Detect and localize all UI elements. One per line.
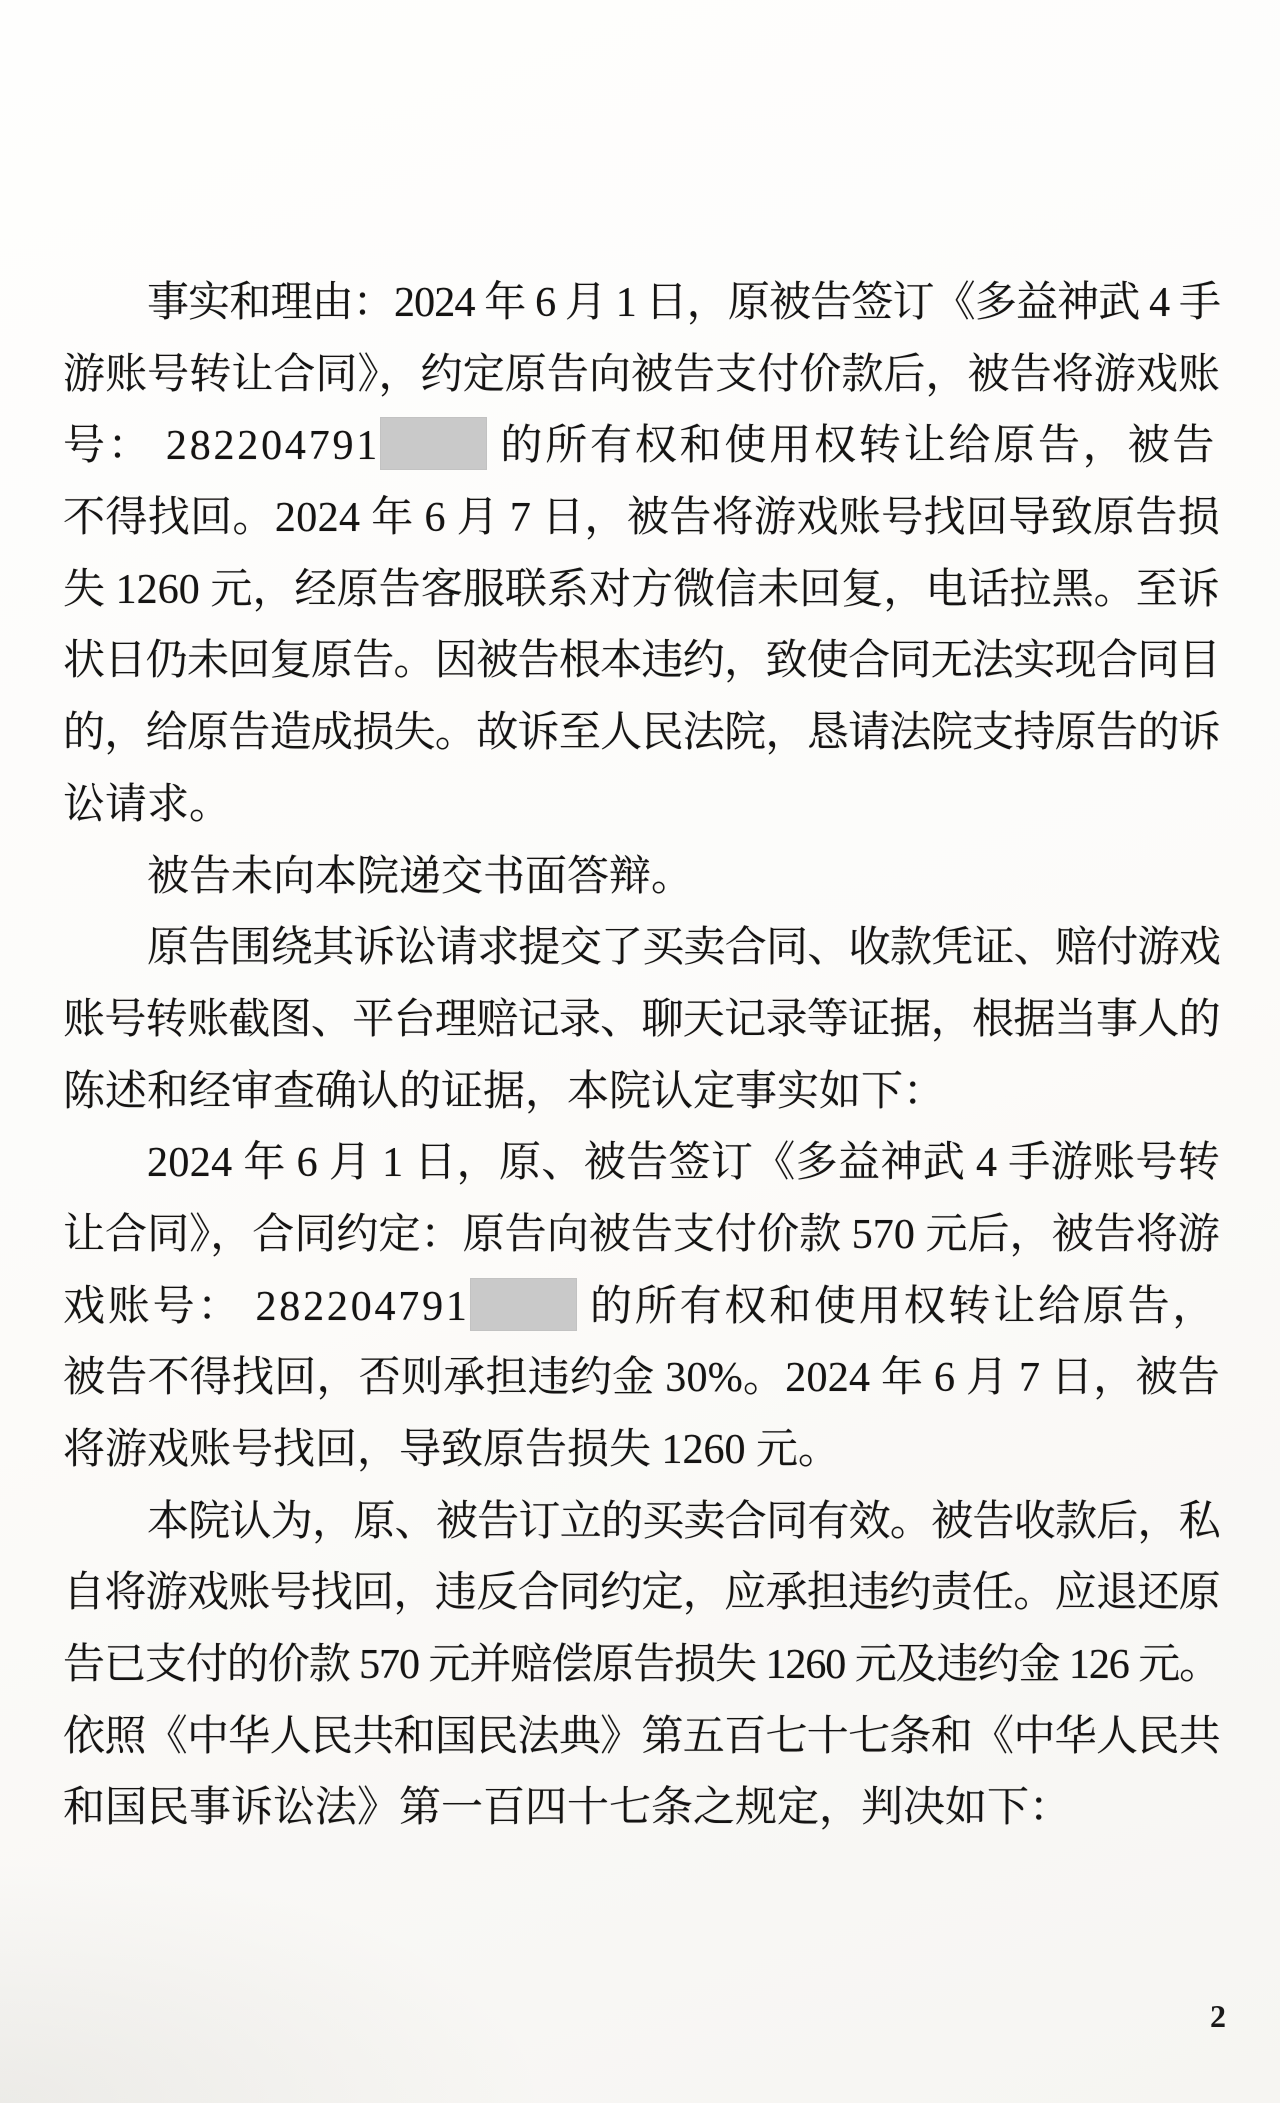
text-line: 事实和理由：2024 年 6 月 1 日，原被告签订《多益神武 4 手 [63,268,1220,340]
text-line-content: 讼请求。 [63,770,231,842]
text-line: 账号转账截图、平台理赔记录、聊天记录等证据，根据当事人的 [63,985,1220,1057]
text-line-content: 游账号转让合同》，约定原告向被告支付价款后，被告将游戏账 [63,340,1220,412]
text-segment: 和国民事诉讼法》第一百四十七条之规定，判决如下： [63,1785,1071,1831]
text-line-content: 让合同》，合同约定：原告向被告支付价款 570 元后，被告将游 [63,1200,1220,1272]
redaction-box [470,1278,577,1331]
text-segment: 本院认为，原、被告订立的买卖合同有效。被告收款后，私 [147,1499,1220,1545]
text-line: 戏账号： 282204791 的所有权和使用权转让给原告， [63,1272,1220,1344]
text-line-content: 被告未向本院递交书面答辩。 [147,842,693,914]
text-segment: 让合同》，合同约定：原告向被告支付价款 570 元后，被告将游 [63,1212,1220,1258]
text-line-content: 不得找回。2024 年 6 月 7 日，被告将游戏账号找回导致原告损 [63,483,1220,555]
text-segment: 告已支付的价款 570 元并赔偿原告损失 1260 元及违约金 126 元。 [63,1642,1220,1688]
text-line-content: 依照《中华人民共和国民法典》第五百七十七条和《中华人民共 [63,1702,1220,1774]
text-line-content: 事实和理由：2024 年 6 月 1 日，原被告签订《多益神武 4 手 [147,268,1220,340]
text-line: 将游戏账号找回，导致原告损失 1260 元。 [63,1415,1220,1487]
text-segment: 号： 282204791 [63,423,380,469]
text-segment: 账号转账截图、平台理赔记录、聊天记录等证据，根据当事人的 [63,997,1220,1043]
text-line: 本院认为，原、被告订立的买卖合同有效。被告收款后，私 [63,1487,1220,1559]
text-line: 被告未向本院递交书面答辩。 [63,842,1220,914]
text-line-content: 原告围绕其诉讼请求提交了买卖合同、收款凭证、赔付游戏 [147,913,1220,985]
text-line-content: 失 1260 元，经原告客服联系对方微信未回复，电话拉黑。至诉 [63,555,1220,627]
text-line-content: 的，给原告造成损失。故诉至人民法院，恳请法院支持原告的诉 [63,698,1220,770]
document-page: 事实和理由：2024 年 6 月 1 日，原被告签订《多益神武 4 手游账号转让… [0,0,1280,2103]
text-segment: 讼请求。 [63,782,231,828]
text-line: 的，给原告造成损失。故诉至人民法院，恳请法院支持原告的诉 [63,698,1220,770]
text-line-content: 自将游戏账号找回，违反合同约定，应承担违约责任。应退还原 [63,1558,1220,1630]
text-segment: 将游戏账号找回，导致原告损失 1260 元。 [63,1427,840,1473]
text-line: 状日仍未回复原告。因被告根本违约，致使合同无法实现合同目 [63,626,1220,698]
text-line: 和国民事诉讼法》第一百四十七条之规定，判决如下： [63,1773,1220,1845]
text-line: 游账号转让合同》，约定原告向被告支付价款后，被告将游戏账 [63,340,1220,412]
text-segment: 的所有权和使用权转让给原告， [577,1284,1218,1330]
text-line: 原告围绕其诉讼请求提交了买卖合同、收款凭证、赔付游戏 [63,913,1220,985]
text-line: 2024 年 6 月 1 日，原、被告签订《多益神武 4 手游账号转 [63,1128,1220,1200]
text-segment: 戏账号： 282204791 [63,1284,470,1330]
text-line: 失 1260 元，经原告客服联系对方微信未回复，电话拉黑。至诉 [63,555,1220,627]
page-number: 2 [1210,1998,1226,2035]
text-segment: 依照《中华人民共和国民法典》第五百七十七条和《中华人民共 [63,1714,1220,1760]
text-line: 让合同》，合同约定：原告向被告支付价款 570 元后，被告将游 [63,1200,1220,1272]
text-line: 号： 282204791 的所有权和使用权转让给原告，被告 [63,411,1220,483]
text-line: 讼请求。 [63,770,1220,842]
text-segment: 状日仍未回复原告。因被告根本违约，致使合同无法实现合同目 [63,638,1220,684]
text-line-content: 将游戏账号找回，导致原告损失 1260 元。 [63,1415,840,1487]
text-line-content: 和国民事诉讼法》第一百四十七条之规定，判决如下： [63,1773,1071,1845]
text-line-content: 被告不得找回，否则承担违约金 30%。2024 年 6 月 7 日，被告 [63,1343,1220,1415]
text-line-content: 本院认为，原、被告订立的买卖合同有效。被告收款后，私 [147,1487,1220,1559]
text-segment: 失 1260 元，经原告客服联系对方微信未回复，电话拉黑。至诉 [63,567,1220,613]
text-segment: 游账号转让合同》，约定原告向被告支付价款后，被告将游戏账 [63,352,1220,398]
text-segment: 陈述和经审查确认的证据，本院认定事实如下： [63,1069,945,1115]
text-segment: 2024 年 6 月 1 日，原、被告签订《多益神武 4 手游账号转 [147,1140,1220,1186]
text-segment: 被告不得找回，否则承担违约金 30%。2024 年 6 月 7 日，被告 [63,1355,1220,1401]
text-line: 陈述和经审查确认的证据，本院认定事实如下： [63,1057,1220,1129]
text-line-content: 陈述和经审查确认的证据，本院认定事实如下： [63,1057,945,1129]
text-segment: 原告围绕其诉讼请求提交了买卖合同、收款凭证、赔付游戏 [147,925,1220,971]
text-line: 被告不得找回，否则承担违约金 30%。2024 年 6 月 7 日，被告 [63,1343,1220,1415]
text-line: 不得找回。2024 年 6 月 7 日，被告将游戏账号找回导致原告损 [63,483,1220,555]
text-line: 依照《中华人民共和国民法典》第五百七十七条和《中华人民共 [63,1702,1220,1774]
redaction-box [380,417,487,470]
text-block: 事实和理由：2024 年 6 月 1 日，原被告签订《多益神武 4 手游账号转让… [63,268,1220,1845]
text-line-content: 告已支付的价款 570 元并赔偿原告损失 1260 元及违约金 126 元。 [63,1630,1220,1702]
text-line-content: 号： 282204791 的所有权和使用权转让给原告，被告 [63,411,1217,483]
text-line-content: 状日仍未回复原告。因被告根本违约，致使合同无法实现合同目 [63,626,1220,698]
text-line-content: 戏账号： 282204791 的所有权和使用权转让给原告， [63,1272,1217,1344]
text-segment: 的所有权和使用权转让给原告，被告 [487,423,1217,469]
text-line: 自将游戏账号找回，违反合同约定，应承担违约责任。应退还原 [63,1558,1220,1630]
text-segment: 的，给原告造成损失。故诉至人民法院，恳请法院支持原告的诉 [63,710,1220,756]
text-line-content: 账号转账截图、平台理赔记录、聊天记录等证据，根据当事人的 [63,985,1220,1057]
text-segment: 自将游戏账号找回，违反合同约定，应承担违约责任。应退还原 [63,1570,1220,1616]
text-line-content: 2024 年 6 月 1 日，原、被告签订《多益神武 4 手游账号转 [147,1128,1220,1200]
text-segment: 被告未向本院递交书面答辩。 [147,854,693,900]
text-segment: 事实和理由：2024 年 6 月 1 日，原被告签订《多益神武 4 手 [147,280,1220,326]
text-line: 告已支付的价款 570 元并赔偿原告损失 1260 元及违约金 126 元。 [63,1630,1220,1702]
text-segment: 不得找回。2024 年 6 月 7 日，被告将游戏账号找回导致原告损 [63,495,1220,541]
